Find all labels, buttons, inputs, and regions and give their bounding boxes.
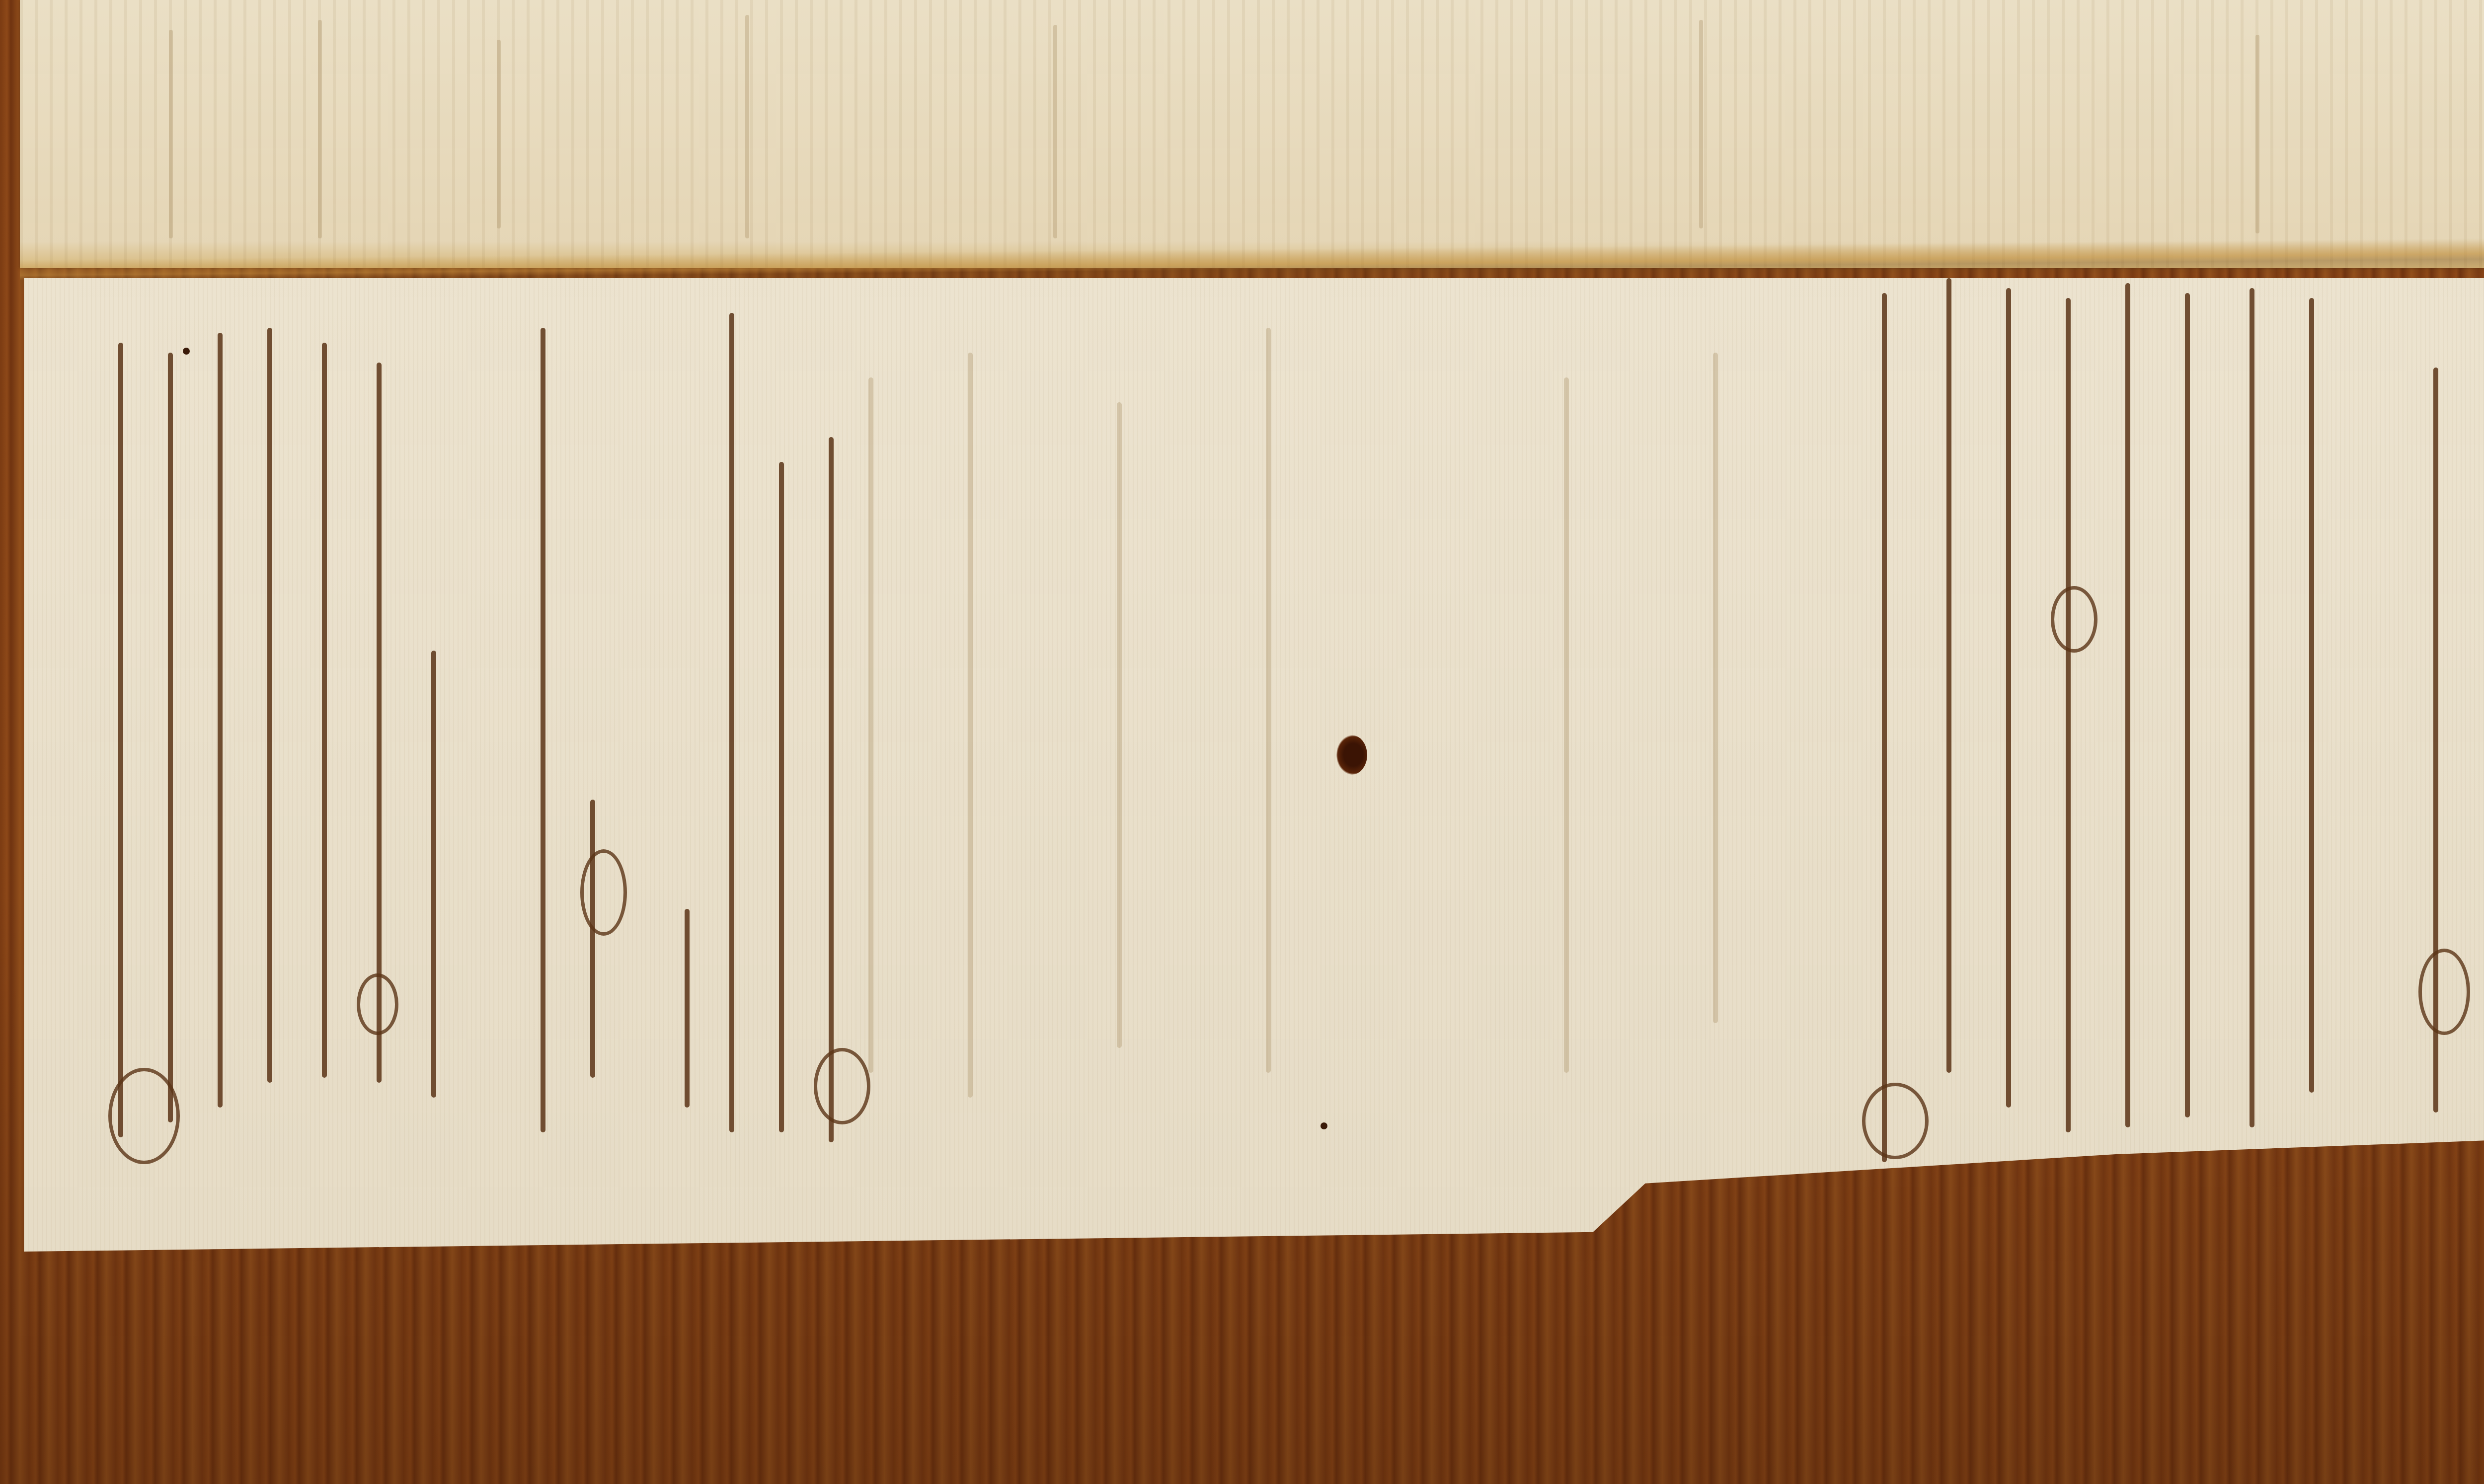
wormhole-mark: Small hole in the paper <box>1336 735 1367 775</box>
ghost-line <box>745 15 749 238</box>
ink-line <box>322 343 327 1078</box>
handwritten-paragraph-left: Left handwritten paragraph (rotated, ill… <box>108 303 506 1172</box>
ink-line <box>685 909 690 1108</box>
ghost-line <box>169 30 173 238</box>
ghost-line <box>318 20 322 238</box>
ink-line <box>1882 293 1887 1162</box>
ink-flourish <box>2418 949 2470 1035</box>
ghost-line <box>1117 402 1122 1048</box>
ghost-line <box>1053 25 1057 238</box>
ink-flourish <box>580 849 627 936</box>
ink-flourish <box>2051 586 2097 653</box>
ghost-line <box>497 40 501 228</box>
ink-line <box>267 328 272 1083</box>
ink-flourish <box>1862 1083 1929 1159</box>
ghost-line <box>968 353 973 1098</box>
ink-flourish <box>814 1048 870 1124</box>
ink-flourish <box>108 1068 180 1164</box>
handwritten-entry-c: Handwritten entry (rotated, illegible) <box>685 313 933 1157</box>
ink-line <box>2250 288 2254 1127</box>
ghost-line <box>1266 328 1271 1073</box>
ink-line <box>1946 278 1951 1073</box>
ink-line <box>590 800 595 1078</box>
handwritten-entry-b: Short handwritten entry (rotated, illegi… <box>521 303 670 1147</box>
ink-line <box>118 343 123 1137</box>
ink-line <box>168 353 173 1122</box>
ink-line <box>541 328 545 1132</box>
ink-line <box>2309 298 2314 1093</box>
ink-line <box>2185 293 2190 1117</box>
ink-line <box>2006 288 2011 1108</box>
upper-folded-panel: Upper folded panel (faded show-through s… <box>20 0 2484 268</box>
ink-speck <box>1320 1122 1327 1129</box>
ink-flourish <box>357 973 398 1035</box>
main-manuscript-leaf: Main leaf with handwritten entries Right… <box>24 278 2484 1252</box>
ink-line <box>779 462 784 1132</box>
ink-line <box>431 651 436 1098</box>
ink-line <box>2066 298 2071 1132</box>
ink-line <box>2125 283 2130 1127</box>
ghost-line <box>1713 353 1718 1023</box>
ghost-line <box>2255 35 2259 233</box>
ink-line <box>729 313 734 1132</box>
ghost-line <box>1699 20 1703 228</box>
ghost-line <box>1564 377 1569 1073</box>
handwritten-paragraph-right: Right-hand handwritten paragraph (rotate… <box>1862 278 2484 1172</box>
ink-line <box>829 437 834 1142</box>
ink-line <box>218 333 223 1108</box>
ink-speck <box>183 348 190 355</box>
